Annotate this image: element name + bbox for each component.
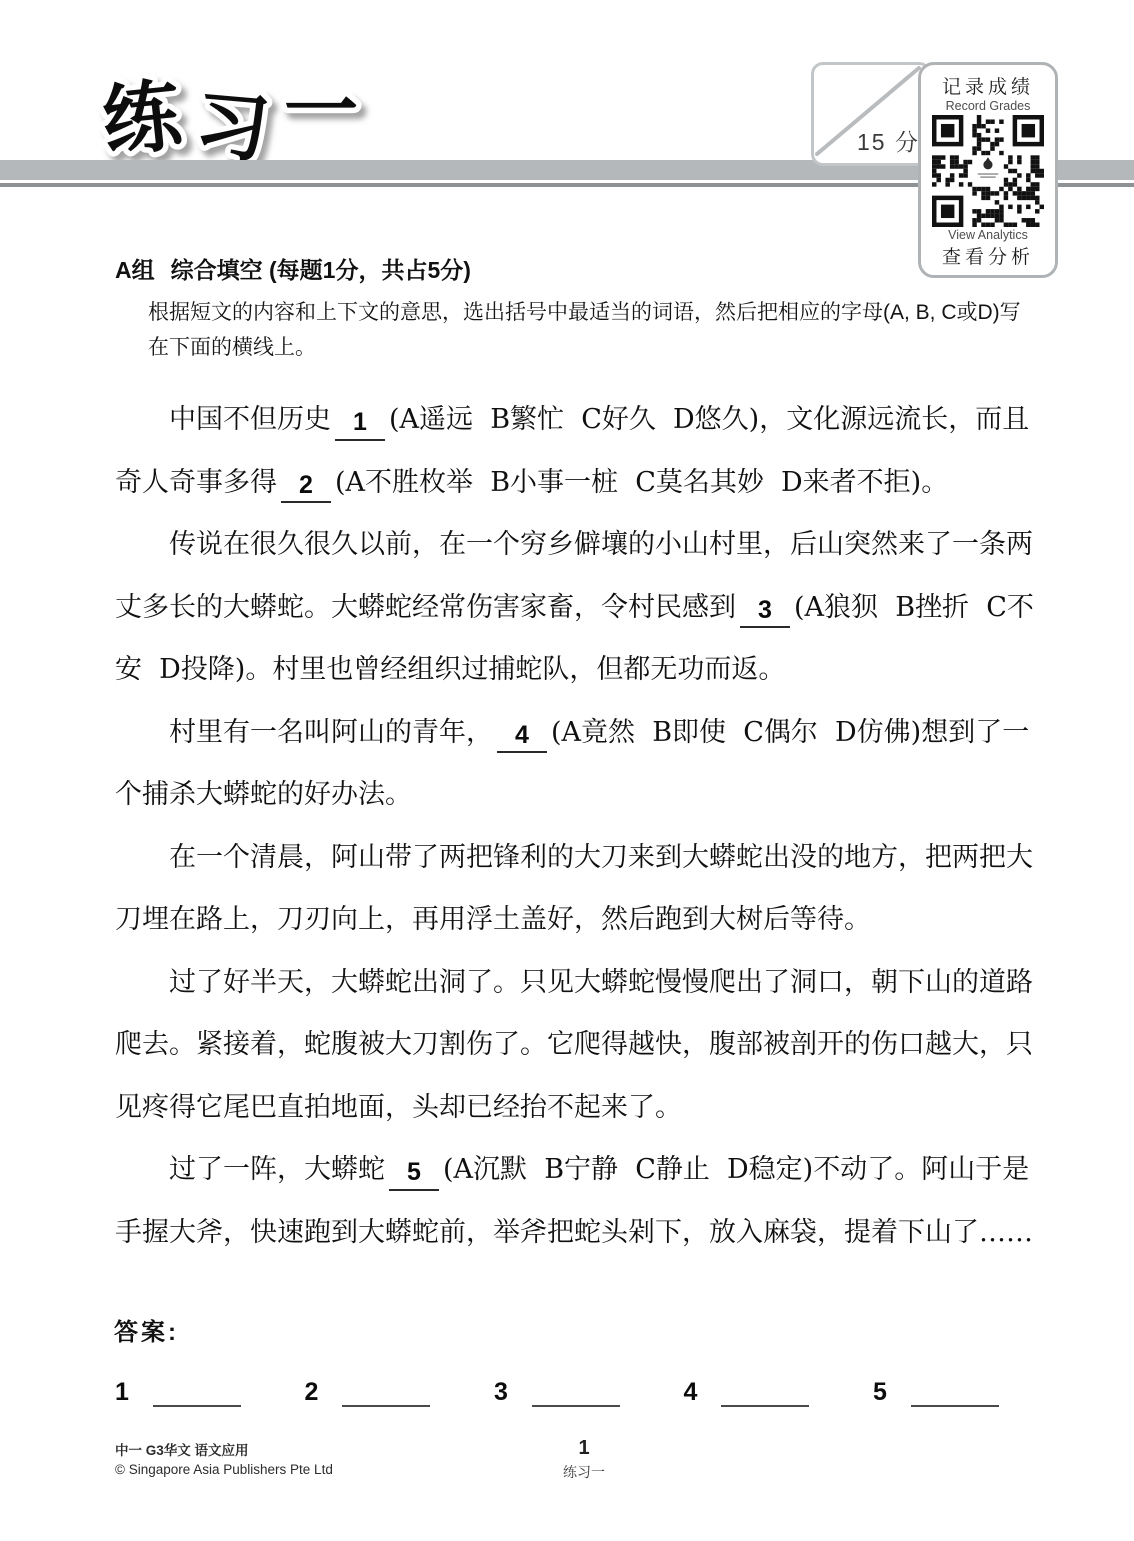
passage-text: 过了一阵，大蟒蛇	[169, 1154, 385, 1185]
answer-blank-line	[911, 1375, 999, 1407]
passage-paragraph: 中国不但历史1(A遥远 B繁忙 C好久 D悠久)，文化源远流长，而且奇人奇事多得…	[115, 389, 1043, 514]
answer-slot-2: 2	[305, 1375, 477, 1407]
passage-text: 过了好半天，大蟒蛇出洞了。只见大蟒蛇慢慢爬出了洞口，朝下山的道路爬去。紧接着，蛇…	[115, 967, 1033, 1123]
section-label: A组	[115, 252, 155, 285]
answer-blank-line	[342, 1375, 430, 1407]
answer-blank-line	[153, 1375, 241, 1407]
passage-paragraph: 过了好半天，大蟒蛇出洞了。只见大蟒蛇慢慢爬出了洞口，朝下山的道路爬去。紧接着，蛇…	[115, 952, 1043, 1140]
qr-center-logo	[972, 155, 1003, 186]
blank-2: 2	[281, 472, 331, 504]
answers-label: 答案:	[114, 1312, 179, 1347]
blank-1: 1	[335, 409, 385, 441]
answer-blank-line	[532, 1375, 620, 1407]
passage-text: 村里有一名叫阿山的青年，	[169, 717, 493, 748]
answer-slot-3: 3	[494, 1375, 666, 1407]
section-header: A组 综合填空 (每题1分，共占5分)	[115, 252, 1043, 285]
answer-slot-4: 4	[684, 1375, 856, 1407]
blank-5: 5	[389, 1159, 439, 1191]
passage-text: 在一个清晨，阿山带了两把锋利的大刀来到大蟒蛇出没的地方，把两把大刀埋在路上，刀刃…	[115, 842, 1033, 936]
title-char-1: 练	[98, 70, 188, 168]
main-content: A组 综合填空 (每题1分，共占5分) 根据短文的内容和上下文的意思，选出括号中…	[115, 252, 1043, 1264]
answer-number: 1	[115, 1378, 129, 1407]
passage-paragraph: 过了一阵，大蟒蛇5(A沉默 B宁静 C静止 D稳定)不动了。阿山于是手握大斧，快…	[115, 1139, 1043, 1264]
passage-paragraph: 传说在很久很久以前，在一个穷乡僻壤的小山村里，后山突然来了一条两丈多长的大蟒蛇。…	[115, 514, 1043, 702]
passage-paragraph: 村里有一名叫阿山的青年，4(A竟然 B即使 C偶尔 D仿佛)想到了一个捕杀大蟒蛇…	[115, 702, 1043, 827]
section-instructions: 根据短文的内容和上下文的意思，选出括号中最适当的词语，然后把相应的字母(A, B…	[148, 295, 1032, 365]
qr-record-grades-cn: 记录成绩	[942, 72, 1034, 99]
footer-page-number: 1	[0, 1437, 1134, 1460]
answer-number: 3	[494, 1378, 508, 1407]
title-char-3: 一	[284, 68, 358, 154]
qr-record-grades-en: Record Grades	[946, 99, 1031, 113]
blank-3: 3	[740, 597, 790, 629]
passage: 中国不但历史1(A遥远 B繁忙 C好久 D悠久)，文化源远流长，而且奇人奇事多得…	[115, 389, 1043, 1264]
qr-view-analytics-en: View Analytics	[948, 228, 1028, 242]
footer-page-label: 练习一	[0, 1462, 1134, 1482]
qr-code-icon	[932, 115, 1044, 227]
passage-text: (A不胜枚举 B小事一桩 C莫名其妙 D来者不拒)。	[335, 467, 948, 498]
passage-paragraph: 在一个清晨，阿山带了两把锋利的大刀来到大蟒蛇出没的地方，把两把大刀埋在路上，刀刃…	[115, 827, 1043, 952]
blank-4: 4	[497, 722, 547, 754]
footer-page-block: 1 练习一	[0, 1437, 1134, 1482]
score-label: 15 分	[857, 124, 920, 157]
answer-blank-line	[721, 1375, 809, 1407]
answer-number: 2	[305, 1378, 319, 1407]
section-heading: 综合填空 (每题1分，共占5分)	[171, 252, 471, 285]
score-box: 15 分	[811, 62, 931, 166]
qr-view-analytics-cn: 查看分析	[942, 242, 1034, 269]
answers-row: 1 2 3 4 5	[115, 1375, 1045, 1407]
answer-number: 5	[873, 1378, 887, 1407]
worksheet-page: { "header": { "title_chars": ["练", "习", …	[0, 0, 1134, 1541]
qr-panel: 记录成绩 Record Grades View Analytics 查看分析	[918, 62, 1058, 278]
answer-slot-5: 5	[873, 1375, 1045, 1407]
passage-text: 中国不但历史	[169, 404, 331, 435]
answer-number: 4	[684, 1378, 698, 1407]
answer-slot-1: 1	[115, 1375, 287, 1407]
